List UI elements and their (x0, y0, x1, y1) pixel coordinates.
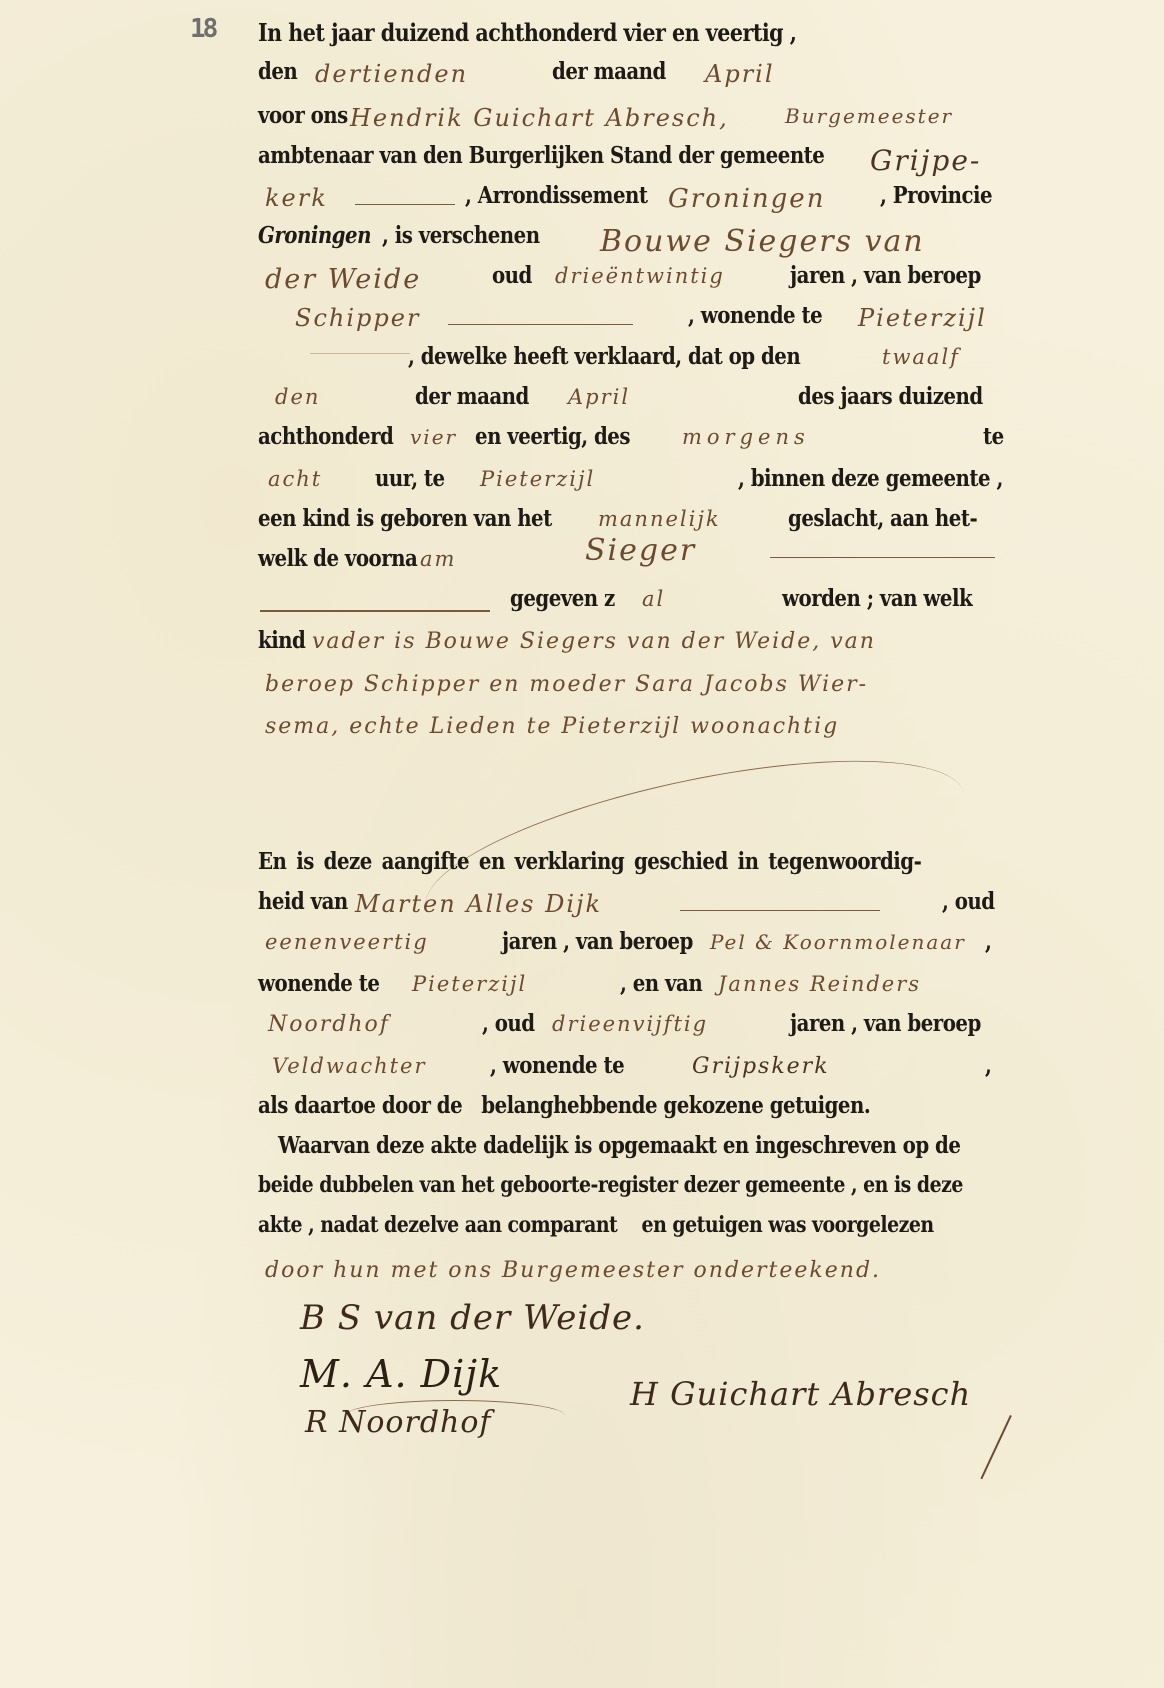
handwritten-witness1-residence: Pieterzijl (412, 972, 527, 996)
printed-text: en veertig, des (475, 423, 630, 450)
handwritten-birth-month: April (568, 385, 630, 409)
handwritten-witness1-occupation: Pel & Koornmolenaar (710, 930, 966, 954)
printed-text: , Provincie (880, 182, 992, 209)
fill-dash (448, 324, 633, 325)
handwritten-witness2-occupation: Veldwachter (272, 1054, 427, 1078)
fill-dash (770, 557, 995, 558)
handwritten-birthplace: Pieterzijl (480, 467, 595, 491)
handwritten-parents: vader is Bouwe Siegers van der Weide, va… (312, 629, 876, 654)
signature-tail (980, 1415, 1011, 1479)
printed-text: wonende te (258, 970, 379, 997)
handwritten-closing: door hun met ons Burgemeester onderteeke… (265, 1258, 881, 1283)
printed-text: , is verschenen (382, 222, 540, 249)
fill-dash (355, 204, 455, 205)
printed-text: , wonende te (490, 1052, 624, 1079)
handwritten-witness2-age: drieenvijftig (552, 1012, 708, 1036)
line-27: beide dubbelen van het geboorte-register… (270, 1172, 1085, 1212)
birth-record-page: 18 In het jaar duizend achthonderd vier … (0, 0, 1164, 1688)
printed-text: akte , nadat dezelve aan comparant en ge… (258, 1212, 934, 1238)
handwritten-hour: acht (268, 467, 322, 491)
handwritten-birth-year: vier (410, 425, 457, 449)
printed-text: kind (258, 627, 305, 654)
printed-text: uur, te (375, 465, 445, 492)
handwritten-witness2-name: Jannes Reinders (718, 972, 921, 996)
signature-declarant: B S van der Weide. (300, 1298, 645, 1338)
handwritten-time-of-day: morgens (682, 425, 810, 449)
line-6: Groningen , is verschenen Bouwe Siegers … (270, 222, 1085, 262)
printed-text: oud (492, 262, 532, 289)
handwritten-suffix: al (642, 587, 665, 611)
handwritten-day: dertienden (315, 60, 468, 88)
handwritten-witness1-age: eenenveertig (265, 930, 429, 954)
printed-text: beide dubbelen van het geboorte-register… (258, 1172, 963, 1198)
line-19: En is deze aangifte en verklaring geschi… (270, 848, 1085, 888)
line-5: kerk , Arrondissement Groningen , Provin… (270, 182, 1085, 222)
handwritten-suffix: am (420, 547, 456, 571)
signature-mayor: H Guichart Abresch (630, 1375, 971, 1413)
handwritten-declarant-surname: der Weide (265, 264, 421, 295)
printed-text: geslacht, aan het- (788, 505, 977, 532)
line-9: , dewelke heeft verklaard, dat op den tw… (270, 343, 1085, 383)
printed-text: des jaars duizend (798, 383, 983, 410)
printed-text: achthonderd (258, 423, 393, 450)
handwritten-occupation: Schipper (295, 304, 420, 332)
handwritten-municipality-cont: kerk (265, 184, 328, 212)
handwritten-birth-day: twaalf (882, 345, 960, 369)
line-21: eenenveertig jaren , van beroep Pel & Ko… (270, 928, 1085, 968)
line-28: akte , nadat dezelve aan comparant en ge… (270, 1212, 1085, 1252)
printed-text: ambtenaar van den Burgerlijken Stand der… (258, 142, 824, 169)
handwritten-declarant-name: Bouwe Siegers van (600, 224, 925, 259)
line-3: voor ons Hendrik Guichart Abresch, Burge… (270, 102, 1085, 142)
handwritten-witness1-name: Marten Alles Dijk (355, 890, 602, 918)
handwritten-parents-cont: sema, echte Lieden te Pieterzijl woonach… (265, 714, 839, 739)
line-16: kind vader is Bouwe Siegers van der Weid… (270, 627, 1085, 667)
printed-text: En is deze aangifte en verklaring geschi… (258, 848, 921, 875)
line-23: Noordhof , oud drieenvijftig jaren , van… (270, 1010, 1085, 1050)
line-7: der Weide oud drieëntwintig jaren , van … (270, 262, 1085, 302)
printed-text: , oud (942, 888, 995, 915)
printed-text: een kind is geboren van het (258, 505, 552, 532)
line-18: sema, echte Lieden te Pieterzijl woonach… (270, 712, 1085, 752)
line-1: In het jaar duizend achthonderd vier en … (270, 18, 1085, 58)
signature-witness1: M. A. Dijk (300, 1352, 502, 1396)
printed-text: gegeven z (510, 585, 615, 612)
handwritten-arrondissement: Groningen (668, 184, 825, 214)
printed-text: , dewelke heeft verklaard, dat op den (408, 343, 800, 370)
handwritten-month: April (705, 60, 775, 88)
handwritten-parents-cont: beroep Schipper en moeder Sara Jacobs Wi… (265, 672, 868, 697)
printed-text: , (985, 928, 991, 955)
line-8: Schipper , wonende te Pieterzijl (270, 302, 1085, 342)
printed-text: , Arrondissement (465, 182, 648, 209)
fill-dash (680, 910, 880, 911)
handwritten-municipality: Grijpe- (870, 144, 981, 177)
handwritten-official-title: Burgemeester (785, 104, 953, 128)
line-15: gegeven z al worden ; van welk (270, 585, 1085, 625)
printed-text: , binnen deze gemeente , (738, 465, 1003, 492)
printed-text: Waarvan deze akte dadelijk is opgemaakt … (278, 1132, 960, 1159)
printed-text: voor ons (258, 102, 348, 129)
line-22: wonende te Pieterzijl , en van Jannes Re… (270, 970, 1085, 1010)
handwritten-official-name: Hendrik Guichart Abresch, (350, 104, 729, 132)
handwritten-birth-day-cont: den (275, 385, 320, 409)
printed-text: , oud (482, 1010, 535, 1037)
line-10: den der maand April des jaars duizend (270, 383, 1085, 423)
printed-text: jaren , van beroep (502, 928, 693, 955)
line-4: ambtenaar van den Burgerlijken Stand der… (270, 142, 1085, 182)
handwritten-residence: Pieterzijl (858, 304, 987, 332)
printed-text: den (258, 58, 297, 85)
line-14: welk de voorna am Sieger (270, 545, 1085, 585)
printed-text: In het jaar duizend achthonderd vier en … (258, 18, 796, 47)
printed-text: welk de voorna (258, 545, 417, 572)
line-24: Veldwachter , wonende te Grijpskerk , (270, 1052, 1085, 1092)
line-11: achthonderd vier en veertig, des morgens… (270, 423, 1085, 463)
printed-text: als daartoe door de belanghebbende gekoz… (258, 1092, 870, 1119)
printed-text: , (985, 1052, 991, 1079)
printed-text: der maand (552, 58, 666, 85)
printed-text: heid van (258, 888, 348, 915)
printed-text: jaren , van beroep (790, 262, 981, 289)
line-2: den dertienden der maand April (270, 58, 1085, 98)
handwritten-witness2-surname: Noordhof (268, 1012, 390, 1037)
line-26: Waarvan deze akte dadelijk is opgemaakt … (270, 1132, 1085, 1172)
printed-text: der maand (415, 383, 529, 410)
fill-dash (310, 353, 410, 354)
line-20: heid van Marten Alles Dijk , oud (270, 888, 1085, 928)
printed-province: Groningen (258, 222, 371, 249)
line-29: door hun met ons Burgemeester onderteeke… (270, 1256, 1085, 1296)
printed-text: , en van (620, 970, 702, 997)
line-12: acht uur, te Pieterzijl , binnen deze ge… (270, 465, 1085, 505)
printed-text: te (983, 423, 1004, 450)
signature-witness2: R Noordhof (305, 1405, 492, 1440)
line-25: als daartoe door de belanghebbende gekoz… (270, 1092, 1085, 1132)
fill-dash (260, 610, 490, 612)
printed-text: , wonende te (688, 302, 822, 329)
handwritten-witness2-residence: Grijpskerk (692, 1054, 830, 1079)
handwritten-age: drieëntwintig (555, 264, 725, 288)
printed-text: worden ; van welk (782, 585, 972, 612)
printed-text: jaren , van beroep (790, 1010, 981, 1037)
folio-number: 18 (190, 14, 215, 44)
line-17: beroep Schipper en moeder Sara Jacobs Wi… (270, 670, 1085, 710)
handwritten-sex: mannelijk (598, 507, 721, 531)
handwritten-child-name: Sieger (585, 533, 696, 568)
